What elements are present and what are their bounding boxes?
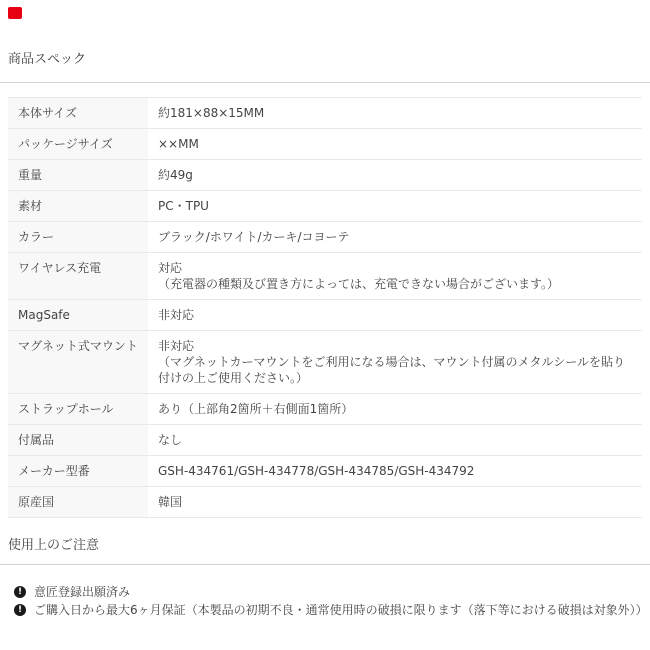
notice-title-divider [0,564,650,565]
spec-row-label: 重量 [8,160,148,191]
spec-row: マグネット式マウント非対応（マグネットカーマウントをご利用になる場合は、マウント… [8,331,642,394]
spec-row-value-cell: あり（上部角2箇所＋右側面1箇所） [148,394,642,425]
spec-row: 重量約49g [8,160,642,191]
spec-row-value: 約49g [158,167,636,183]
spec-table-body: 本体サイズ約181×88×15MMパッケージサイズ××MM重量約49g素材PC・… [8,98,642,518]
spec-row-label: 本体サイズ [8,98,148,129]
notice-item: !ご購入日から最大6ヶ月保証（本製品の初期不良・通常使用時の破損に限ります（落下… [14,603,650,617]
spec-row-value: なし [158,432,636,448]
spec-row-value: ××MM [158,136,636,152]
spec-section-title: 商品スペック [0,52,650,68]
spec-row-label: ストラップホール [8,394,148,425]
spec-row-label: メーカー型番 [8,456,148,487]
red-corner-badge [8,7,22,19]
spec-row-value: ブラック/ホワイト/カーキ/コヨーテ [158,229,636,245]
spec-row-value: あり（上部角2箇所＋右側面1箇所） [158,401,636,417]
exclamation-circle-icon: ! [14,586,26,598]
spec-row-value: 韓国 [158,494,636,510]
spec-row-value: GSH-434761/GSH-434778/GSH-434785/GSH-434… [158,463,636,479]
spec-row: MagSafe非対応 [8,300,642,331]
spec-row-note: （充電器の種類及び置き方によっては、充電できない場合がございます。） [158,276,636,292]
spec-row-value-cell: 対応（充電器の種類及び置き方によっては、充電できない場合がございます。） [148,253,642,300]
spec-row-label: MagSafe [8,300,148,331]
spec-row-label: マグネット式マウント [8,331,148,394]
spec-row-label: 付属品 [8,425,148,456]
spec-row-label: 原産国 [8,487,148,518]
spec-row-value-cell: 約181×88×15MM [148,98,642,129]
spec-row: 原産国韓国 [8,487,642,518]
spec-title-divider [0,82,650,83]
spec-row: パッケージサイズ××MM [8,129,642,160]
spec-row-value-cell: 非対応 [148,300,642,331]
spec-row-value-cell: PC・TPU [148,191,642,222]
spec-row-label: カラー [8,222,148,253]
spec-row-note: （マグネットカーマウントをご利用になる場合は、マウント付属のメタルシールを貼り付… [158,354,636,386]
spec-row: ワイヤレス充電対応（充電器の種類及び置き方によっては、充電できない場合がございま… [8,253,642,300]
spec-row: メーカー型番GSH-434761/GSH-434778/GSH-434785/G… [8,456,642,487]
spec-row-label: 素材 [8,191,148,222]
spec-row-value: 約181×88×15MM [158,105,636,121]
spec-row: ストラップホールあり（上部角2箇所＋右側面1箇所） [8,394,642,425]
notice-item: !意匠登録出願済み [14,585,650,599]
spec-row: 本体サイズ約181×88×15MM [8,98,642,129]
spec-row-value-cell: 韓国 [148,487,642,518]
spec-table: 本体サイズ約181×88×15MMパッケージサイズ××MM重量約49g素材PC・… [8,97,642,518]
notice-list: !意匠登録出願済み!ご購入日から最大6ヶ月保証（本製品の初期不良・通常使用時の破… [14,585,650,617]
spec-row-value: PC・TPU [158,198,636,214]
spec-row-value: 対応 [158,260,636,276]
exclamation-circle-icon: ! [14,604,26,616]
notice-section-title: 使用上のご注意 [0,538,650,554]
spec-row-value-cell: ××MM [148,129,642,160]
spec-row: 素材PC・TPU [8,191,642,222]
spec-row-label: パッケージサイズ [8,129,148,160]
spec-row-value-cell: GSH-434761/GSH-434778/GSH-434785/GSH-434… [148,456,642,487]
notice-item-text: ご購入日から最大6ヶ月保証（本製品の初期不良・通常使用時の破損に限ります（落下等… [34,603,648,617]
spec-row: 付属品なし [8,425,642,456]
spec-row-value-cell: 非対応（マグネットカーマウントをご利用になる場合は、マウント付属のメタルシールを… [148,331,642,394]
spec-row-value: 非対応 [158,307,636,323]
spec-row-value-cell: なし [148,425,642,456]
spec-row-value-cell: 約49g [148,160,642,191]
notice-item-text: 意匠登録出願済み [34,585,130,599]
spec-row-value: 非対応 [158,338,636,354]
spec-row-label: ワイヤレス充電 [8,253,148,300]
spec-row: カラーブラック/ホワイト/カーキ/コヨーテ [8,222,642,253]
spec-row-value-cell: ブラック/ホワイト/カーキ/コヨーテ [148,222,642,253]
